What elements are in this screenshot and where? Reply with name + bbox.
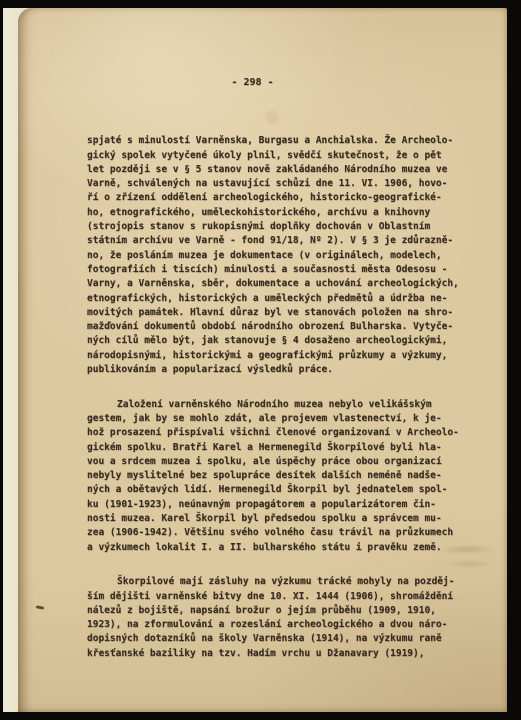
paragraph-2: Založení varněnského Národního muzea neb… <box>87 398 489 555</box>
paragraph-1: spjaté s minulostí Varněnska, Burgasu a … <box>87 134 489 377</box>
document-page: - 298 - spjaté s minulostí Varněnska, Bu… <box>18 8 507 712</box>
bleed-through-smudge <box>446 560 494 568</box>
bleed-through-smudge <box>438 545 496 554</box>
page-number: - 298 - <box>18 76 487 90</box>
scanned-document: - 298 - spjaté s minulostí Varněnska, Bu… <box>0 0 521 720</box>
paragraph-3: Škorpilové mají zásluhy na výzkumu tráck… <box>87 575 489 661</box>
ink-speck <box>36 605 44 609</box>
page-body-text: spjaté s minulostí Varněnska, Burgasu a … <box>87 120 489 675</box>
